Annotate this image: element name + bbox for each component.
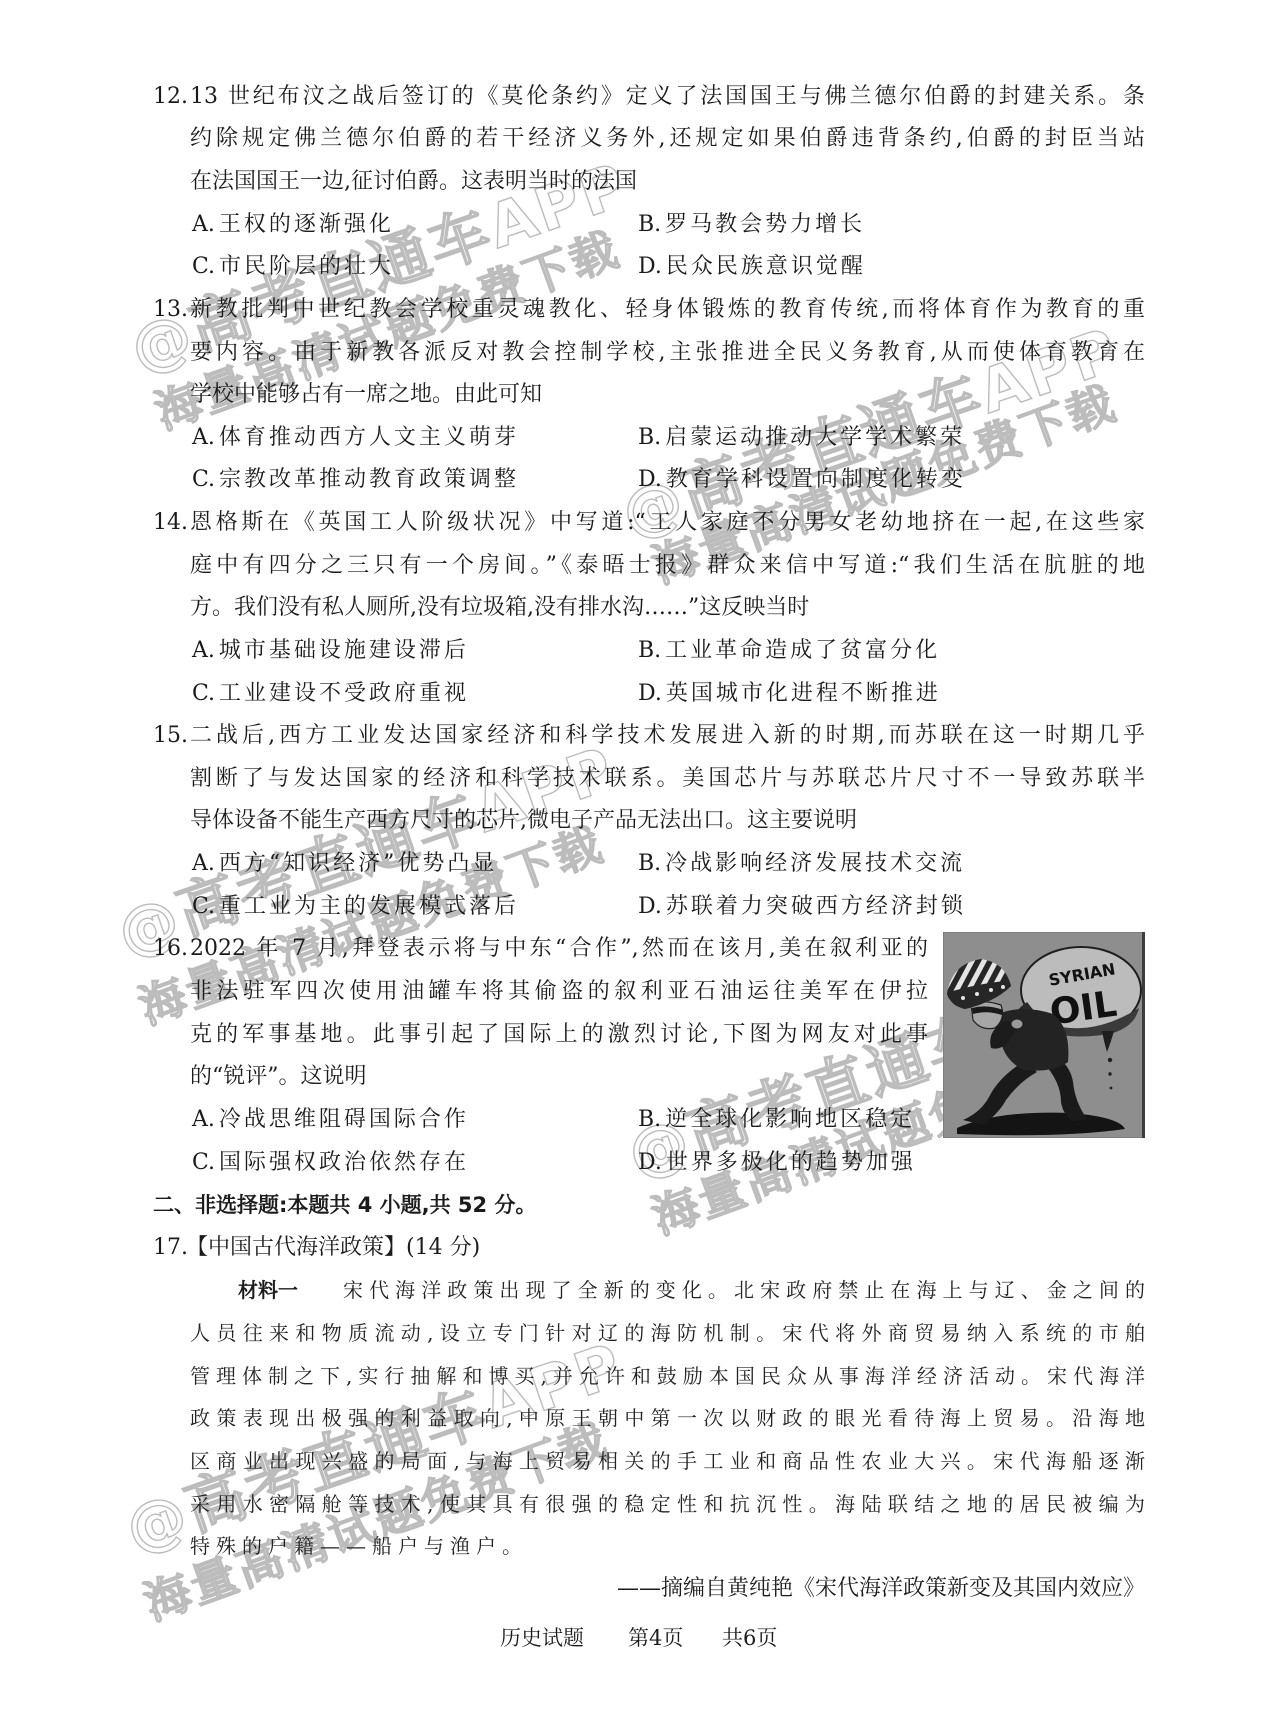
option-b: B.逆全球化影响地区稳定 — [638, 1099, 915, 1142]
option-d: D.民众民族意识觉醒 — [638, 246, 866, 289]
option-c: C.重工业为主的发展模式落后 — [192, 886, 519, 929]
option-b: B.冷战影响经济发展技术交流 — [638, 843, 965, 886]
question-title: 【中国古代海洋政策】(14 分) — [186, 1227, 480, 1270]
option-a: A.冷战思维阻碍国际合作 — [192, 1099, 469, 1142]
question-stem-line: 学校中能够占有一席之地。由此可知 — [190, 374, 542, 417]
option-b: B.启蒙运动推动大学学术繁荣 — [638, 417, 965, 460]
footer-page-number: 第4页 — [628, 1617, 683, 1659]
option-text: 英国城市化进程不断推进 — [666, 681, 941, 706]
option-text: 世界多极化的趋势加强 — [666, 1150, 916, 1175]
question-stem-line: 13 世纪布汶之战后签订的《莫伦条约》定义了法国国王与佛兰德尔伯爵的封建关系。条 — [190, 76, 1145, 119]
question-number: 15. — [153, 715, 188, 758]
option-c: C.市民阶层的壮大 — [192, 246, 394, 289]
option-letter: C. — [192, 894, 215, 919]
material-line: 采用水密隔舱等技术,使其具有很强的稳定性和抗沉性。海陆联结之地的居民被编为 — [190, 1483, 1145, 1526]
question-stem-line: 方。我们没有私人厕所,没有垃圾箱,没有排水沟……”这反映当时 — [190, 587, 809, 630]
option-c: C.国际强权政治依然存在 — [192, 1142, 469, 1185]
option-a: A.王权的逐渐强化 — [192, 204, 394, 247]
question-stem-line: 克的军事基地。此事引起了国际上的激烈讨论,下图为网友对此事 — [190, 1014, 928, 1057]
option-c: C.工业建设不受政府重视 — [192, 673, 469, 716]
option-b: B.工业革命造成了贫富分化 — [638, 630, 940, 673]
option-d: D.英国城市化进程不断推进 — [638, 673, 941, 716]
option-d: D.世界多极化的趋势加强 — [638, 1142, 916, 1185]
option-letter: C. — [192, 254, 215, 279]
option-letter: B. — [638, 851, 661, 876]
material-line: 区商业出现兴盛的局面,与海上贸易相关的手工业和商品性农业大兴。宋代海船逐渐 — [190, 1440, 1145, 1483]
option-text: 体育推动西方人文主义萌芽 — [219, 425, 519, 450]
option-b: B.罗马教会势力增长 — [638, 204, 865, 247]
footer-subject: 历史试题 — [500, 1617, 584, 1659]
option-letter: A. — [192, 638, 215, 663]
option-text: 启蒙运动推动大学学术繁荣 — [665, 425, 965, 450]
option-text: 冷战思维阻碍国际合作 — [219, 1107, 469, 1132]
material-line: 特殊的户籍——船户与渔户。 — [190, 1525, 528, 1568]
option-text: 宗教改革推动教育政策调整 — [219, 467, 519, 492]
question-stem-line: 割断了与发达国家的经济和科学技术联系。美国芯片与苏联芯片尺寸不一导致苏联半 — [190, 758, 1145, 801]
option-text: 市民阶层的壮大 — [219, 254, 394, 279]
exam-page: @高考直通车APP 海量高清试题免费下载 @高考直通车APP 海量高清试题免费下… — [0, 0, 1280, 1727]
option-text: 工业建设不受政府重视 — [219, 681, 469, 706]
option-text: 城市基础设施建设滞后 — [219, 638, 469, 663]
option-letter: B. — [638, 425, 661, 450]
option-text: 王权的逐渐强化 — [219, 212, 394, 237]
option-letter: D. — [638, 1150, 662, 1175]
option-text: 罗马教会势力增长 — [665, 212, 865, 237]
material-line: 宋代海洋政策出现了全新的变化。北宋政府禁止在海上与辽、金之间的 — [343, 1269, 1145, 1312]
question-stem-line: 恩格斯在《英国工人阶级状况》中写道:“工人家庭不分男女老幼地挤在一起,在这些家 — [190, 502, 1145, 545]
question-number: 16. — [153, 928, 188, 971]
option-letter: D. — [638, 894, 662, 919]
option-text: 民众民族意识觉醒 — [666, 254, 866, 279]
question-stem-line: 二战后,西方工业发达国家经济和科学技术发展进入新的时期,而苏联在这一时期几乎 — [190, 715, 1145, 758]
question-stem-line: 新教批判中世纪教会学校重灵魂教化、轻身体锻炼的教育传统,而将体育作为教育的重 — [190, 289, 1145, 332]
question-number: 13. — [153, 289, 188, 332]
syrian-oil-cartoon: SYRIAN OIL — [943, 932, 1145, 1138]
option-letter: D. — [638, 254, 662, 279]
question-stem-line: 在法国国王一边,征讨伯爵。这表明当时的法国 — [190, 161, 637, 204]
material-line: 人员往来和物质流动,设立专门针对辽的海防机制。宋代将外商贸易纳入系统的市舶 — [190, 1312, 1145, 1355]
option-letter: A. — [192, 1107, 215, 1132]
option-text: 苏联着力突破西方经济封锁 — [666, 894, 966, 919]
option-letter: B. — [638, 212, 661, 237]
option-letter: C. — [192, 681, 215, 706]
section-heading: 二、非选择题:本题共 4 小题,共 52 分。 — [153, 1184, 536, 1227]
option-text: 冷战影响经济发展技术交流 — [665, 851, 965, 876]
option-a: A.西方“知识经济”优势凸显 — [192, 843, 497, 886]
option-letter: A. — [192, 425, 215, 450]
option-letter: B. — [638, 638, 661, 663]
question-number: 17. — [153, 1227, 188, 1270]
option-letter: D. — [638, 681, 662, 706]
material-line: 管理体制之下,实行抽解和博买,并允许和鼓励本国民众从事海洋经济活动。宋代海洋 — [190, 1355, 1145, 1398]
option-c: C.宗教改革推动教育政策调整 — [192, 459, 519, 502]
option-text: 工业革命造成了贫富分化 — [665, 638, 940, 663]
option-text: 教育学科设置向制度化转变 — [666, 467, 966, 492]
option-letter: C. — [192, 467, 215, 492]
question-stem-line: 约除规定佛兰德尔伯爵的若干经济义务外,还规定如果伯爵违背条约,伯爵的封臣当站 — [190, 118, 1145, 161]
material-line: 政策表现出极强的利益取向,中原王朝中第一次以财政的眼光看待海上贸易。沿海地 — [190, 1397, 1145, 1440]
option-text: 西方“知识经济”优势凸显 — [219, 851, 498, 876]
option-text: 逆全球化影响地区稳定 — [665, 1107, 915, 1132]
question-stem-line: 要内容。由于新教各派反对教会控制学校,主张推进全民义务教育,从而使体育教育在 — [190, 332, 1145, 375]
option-text: 重工业为主的发展模式落后 — [219, 894, 519, 919]
question-stem-line: 非法驻军四次使用油罐车将其偷盗的叙利亚石油运往美军在伊拉 — [190, 971, 928, 1014]
option-letter: C. — [192, 1150, 215, 1175]
option-letter: B. — [638, 1107, 661, 1132]
material-source: ——摘编自黄纯艳《宋代海洋政策新变及其国内效应》 — [190, 1568, 1145, 1611]
option-letter: A. — [192, 212, 215, 237]
option-text: 国际强权政治依然存在 — [219, 1150, 469, 1175]
option-letter: D. — [638, 467, 662, 492]
question-number: 12. — [153, 76, 188, 119]
question-stem-line: 的“锐评”。这说明 — [190, 1056, 367, 1099]
option-d: D.苏联着力突破西方经济封锁 — [638, 886, 966, 929]
option-a: A.城市基础设施建设滞后 — [192, 630, 469, 673]
question-number: 14. — [153, 502, 188, 545]
option-a: A.体育推动西方人文主义萌芽 — [192, 417, 519, 460]
option-d: D.教育学科设置向制度化转变 — [638, 459, 966, 502]
question-stem-line: 导体设备不能生产西方尺寸的芯片,微电子产品无法出口。这主要说明 — [190, 800, 857, 843]
question-stem-line: 庭中有四分之三只有一个房间。”《泰晤士报》群众来信中写道:“我们生活在肮脏的地 — [190, 545, 1145, 588]
material-label: 材料一 — [238, 1269, 298, 1312]
question-stem-line: 2022 年 7 月,拜登表示将与中东“合作”,然而在该月,美在叙利亚的 — [190, 928, 928, 971]
footer-total-pages: 共6页 — [722, 1617, 777, 1659]
option-letter: A. — [192, 851, 215, 876]
